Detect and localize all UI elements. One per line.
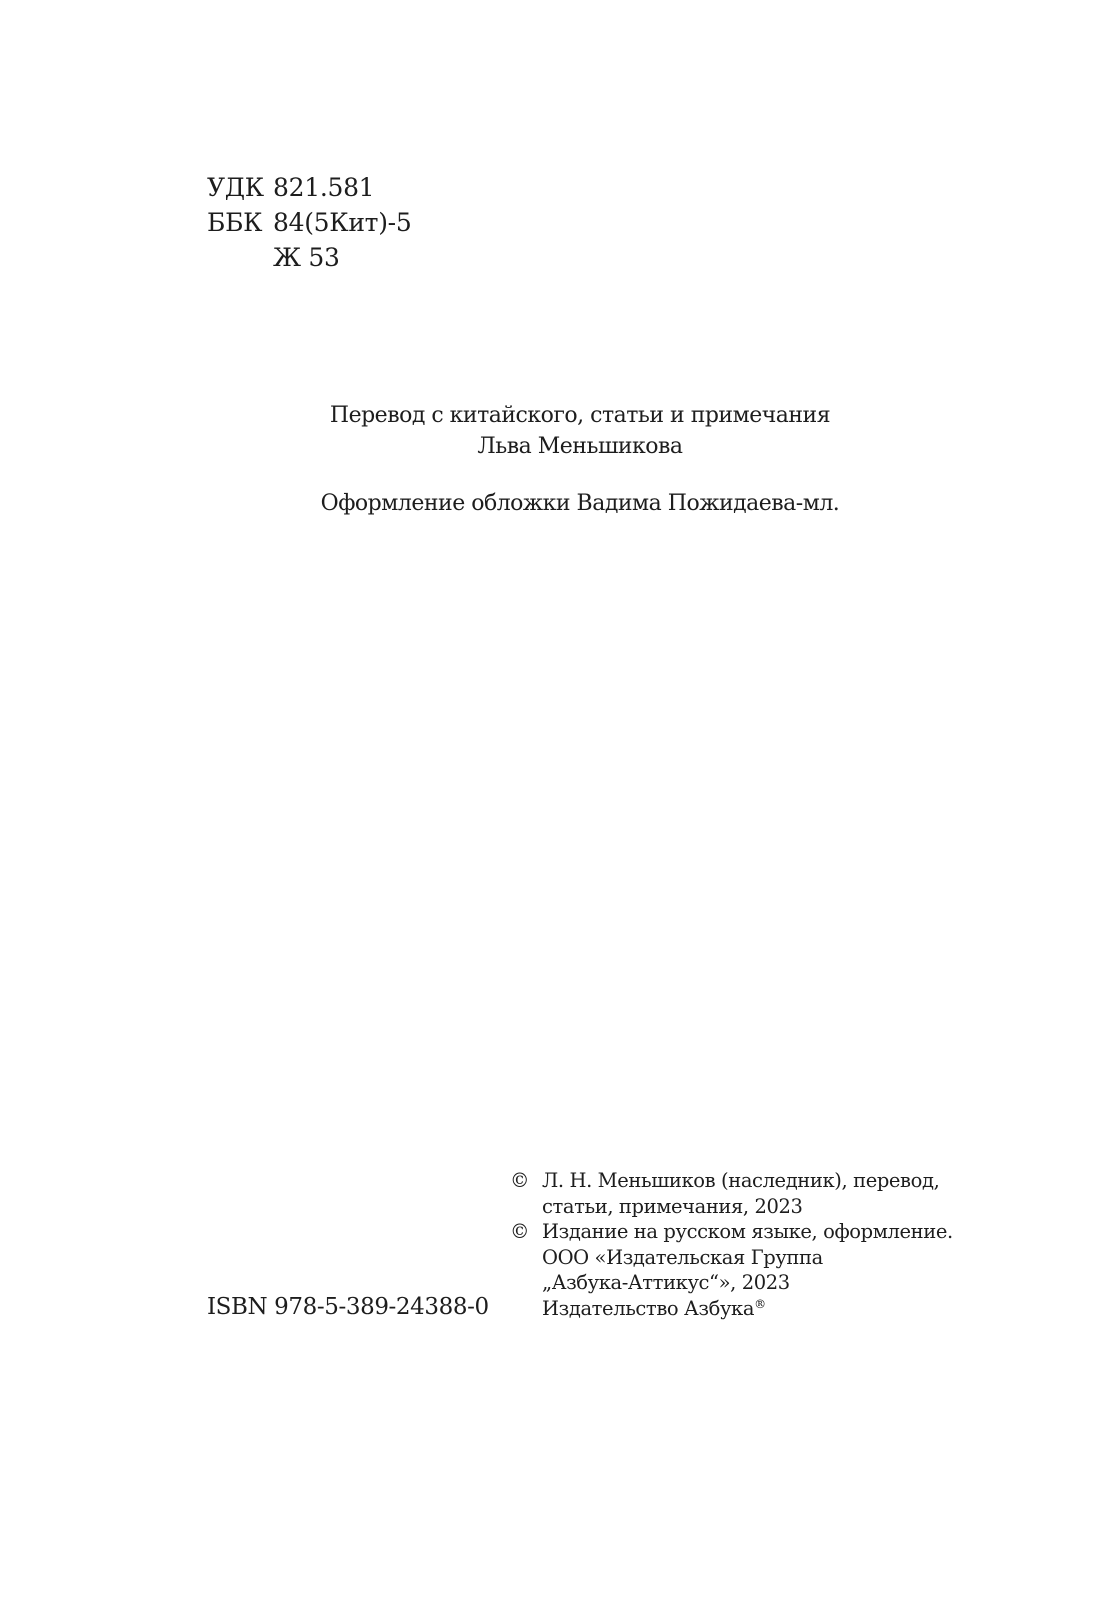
copyright-line: статьи, примечания, 2023 — [542, 1194, 939, 1220]
copyright-icon: © — [510, 1219, 542, 1321]
author-mark-row: Ж 53 — [207, 240, 411, 275]
author-mark: Ж 53 — [273, 240, 340, 275]
copyright-entry-publisher: © Издание на русском языке, оформление. … — [510, 1219, 953, 1321]
copyright-entry-translator: © Л. Н. Меньшиков (наследник), перевод, … — [510, 1168, 953, 1219]
publisher-imprint: Издательство Азбука® — [542, 1296, 953, 1322]
copyright-block: © Л. Н. Меньшиков (наследник), перевод, … — [510, 1168, 953, 1321]
copyright-line: „Азбука-Аттикус“», 2023 — [542, 1270, 953, 1296]
bbk-label: ББК — [207, 205, 273, 240]
publisher-name: Издательство Азбука — [542, 1297, 754, 1320]
library-classification: УДК 821.581 ББК 84(5Кит)-5 Ж 53 — [207, 170, 411, 275]
isbn: ISBN 978-5-389-24388-0 — [207, 1292, 489, 1322]
udk-label: УДК — [207, 170, 273, 205]
author-mark-spacer — [207, 240, 273, 275]
copyright-line: ООО «Издательская Группа — [542, 1245, 953, 1271]
copyright-icon: © — [510, 1168, 542, 1219]
credits-block: Перевод с китайского, статьи и примечани… — [0, 400, 1100, 519]
udk-value: 821.581 — [273, 170, 374, 205]
translation-credit-line2: Льва Меньшикова — [0, 431, 1100, 462]
copyright-line: Л. Н. Меньшиков (наследник), перевод, — [542, 1168, 939, 1194]
copyright-line: Издание на русском языке, оформление. — [542, 1219, 953, 1245]
translation-credit-line1: Перевод с китайского, статьи и примечани… — [0, 400, 1100, 431]
registered-trademark-icon: ® — [754, 1297, 766, 1311]
bbk-value: 84(5Кит)-5 — [273, 205, 411, 240]
bbk-row: ББК 84(5Кит)-5 — [207, 205, 411, 240]
udk-row: УДК 821.581 — [207, 170, 411, 205]
imprint-page: УДК 821.581 ББК 84(5Кит)-5 Ж 53 Перевод … — [0, 0, 1100, 1603]
cover-design-credit: Оформление обложки Вадима Пожидаева-мл. — [0, 488, 1100, 519]
